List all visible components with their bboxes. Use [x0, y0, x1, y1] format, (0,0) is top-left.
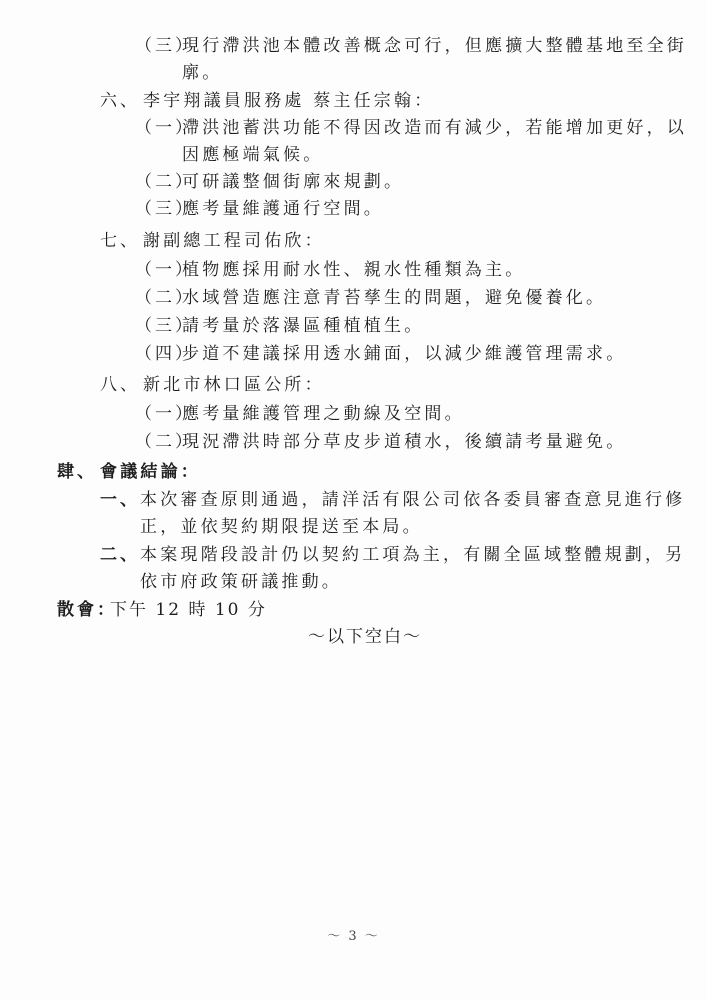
item-text: 滯洪池蓄洪功能不得因改造而有減少，若能增加更好，以 [182, 117, 687, 139]
conclusion-item-text: 正，並依契約期限提送至本局。 [140, 516, 423, 538]
item-text: 植物應採用耐水性、親水性種類為主。 [182, 259, 525, 281]
conclusion-item-label: 一、 [100, 489, 140, 511]
section-heading: 謝副總工程司佑欣： [143, 230, 325, 252]
section-number: 八、 [100, 374, 140, 396]
item-text: 水域營造應注意青苔孳生的問題，避免優養化。 [182, 287, 606, 309]
adjourn-time: 下午 12 時 10 分 [110, 599, 267, 621]
item-text: 可研議整個街廓來規劃。 [182, 171, 404, 193]
item-text: 現行滯洪池本體改善概念可行，但應擴大整體基地至全街 [182, 35, 687, 57]
item-text: 應考量維護通行空間。 [182, 198, 384, 220]
section-heading: 新北市林口區公所： [143, 374, 325, 396]
item-text: 步道不建議採用透水鋪面，以減少維護管理需求。 [182, 343, 626, 365]
document-page: （三） 現行滯洪池本體改善概念可行，但應擴大整體基地至全街 廓。 六、 李宇翔議… [0, 0, 707, 1000]
adjourn-label: 散會： [57, 599, 117, 621]
item-text: 因應極端氣候。 [182, 144, 323, 166]
item-text: 現況滯洪時部分草皮步道積水，後續請考量避免。 [182, 431, 626, 453]
section-number: 七、 [100, 230, 140, 252]
conclusion-item-text: 依市府政策研議推動。 [140, 571, 342, 593]
item-text: 廓。 [182, 62, 222, 84]
conclusion-item-text: 本次審查原則通過，請洋活有限公司依各委員審查意見進行修 [140, 489, 685, 511]
item-text: 請考量於落瀑區種植植生。 [182, 315, 424, 337]
item-text: 應考量維護管理之動線及空間。 [182, 403, 465, 425]
conclusion-item-label: 二、 [100, 544, 140, 566]
page-number: ～ 3 ～ [0, 925, 707, 944]
end-marker: ～以下空白～ [308, 626, 422, 648]
conclusion-item-text: 本案現階段設計仍以契約工項為主，有關全區域整體規劃，另 [140, 544, 685, 566]
section-number: 六、 [100, 90, 140, 112]
conclusion-heading: 會議結論： [100, 461, 201, 483]
conclusion-number: 肆、 [57, 461, 97, 483]
section-heading: 李宇翔議員服務處 蔡主任宗翰： [143, 90, 434, 112]
